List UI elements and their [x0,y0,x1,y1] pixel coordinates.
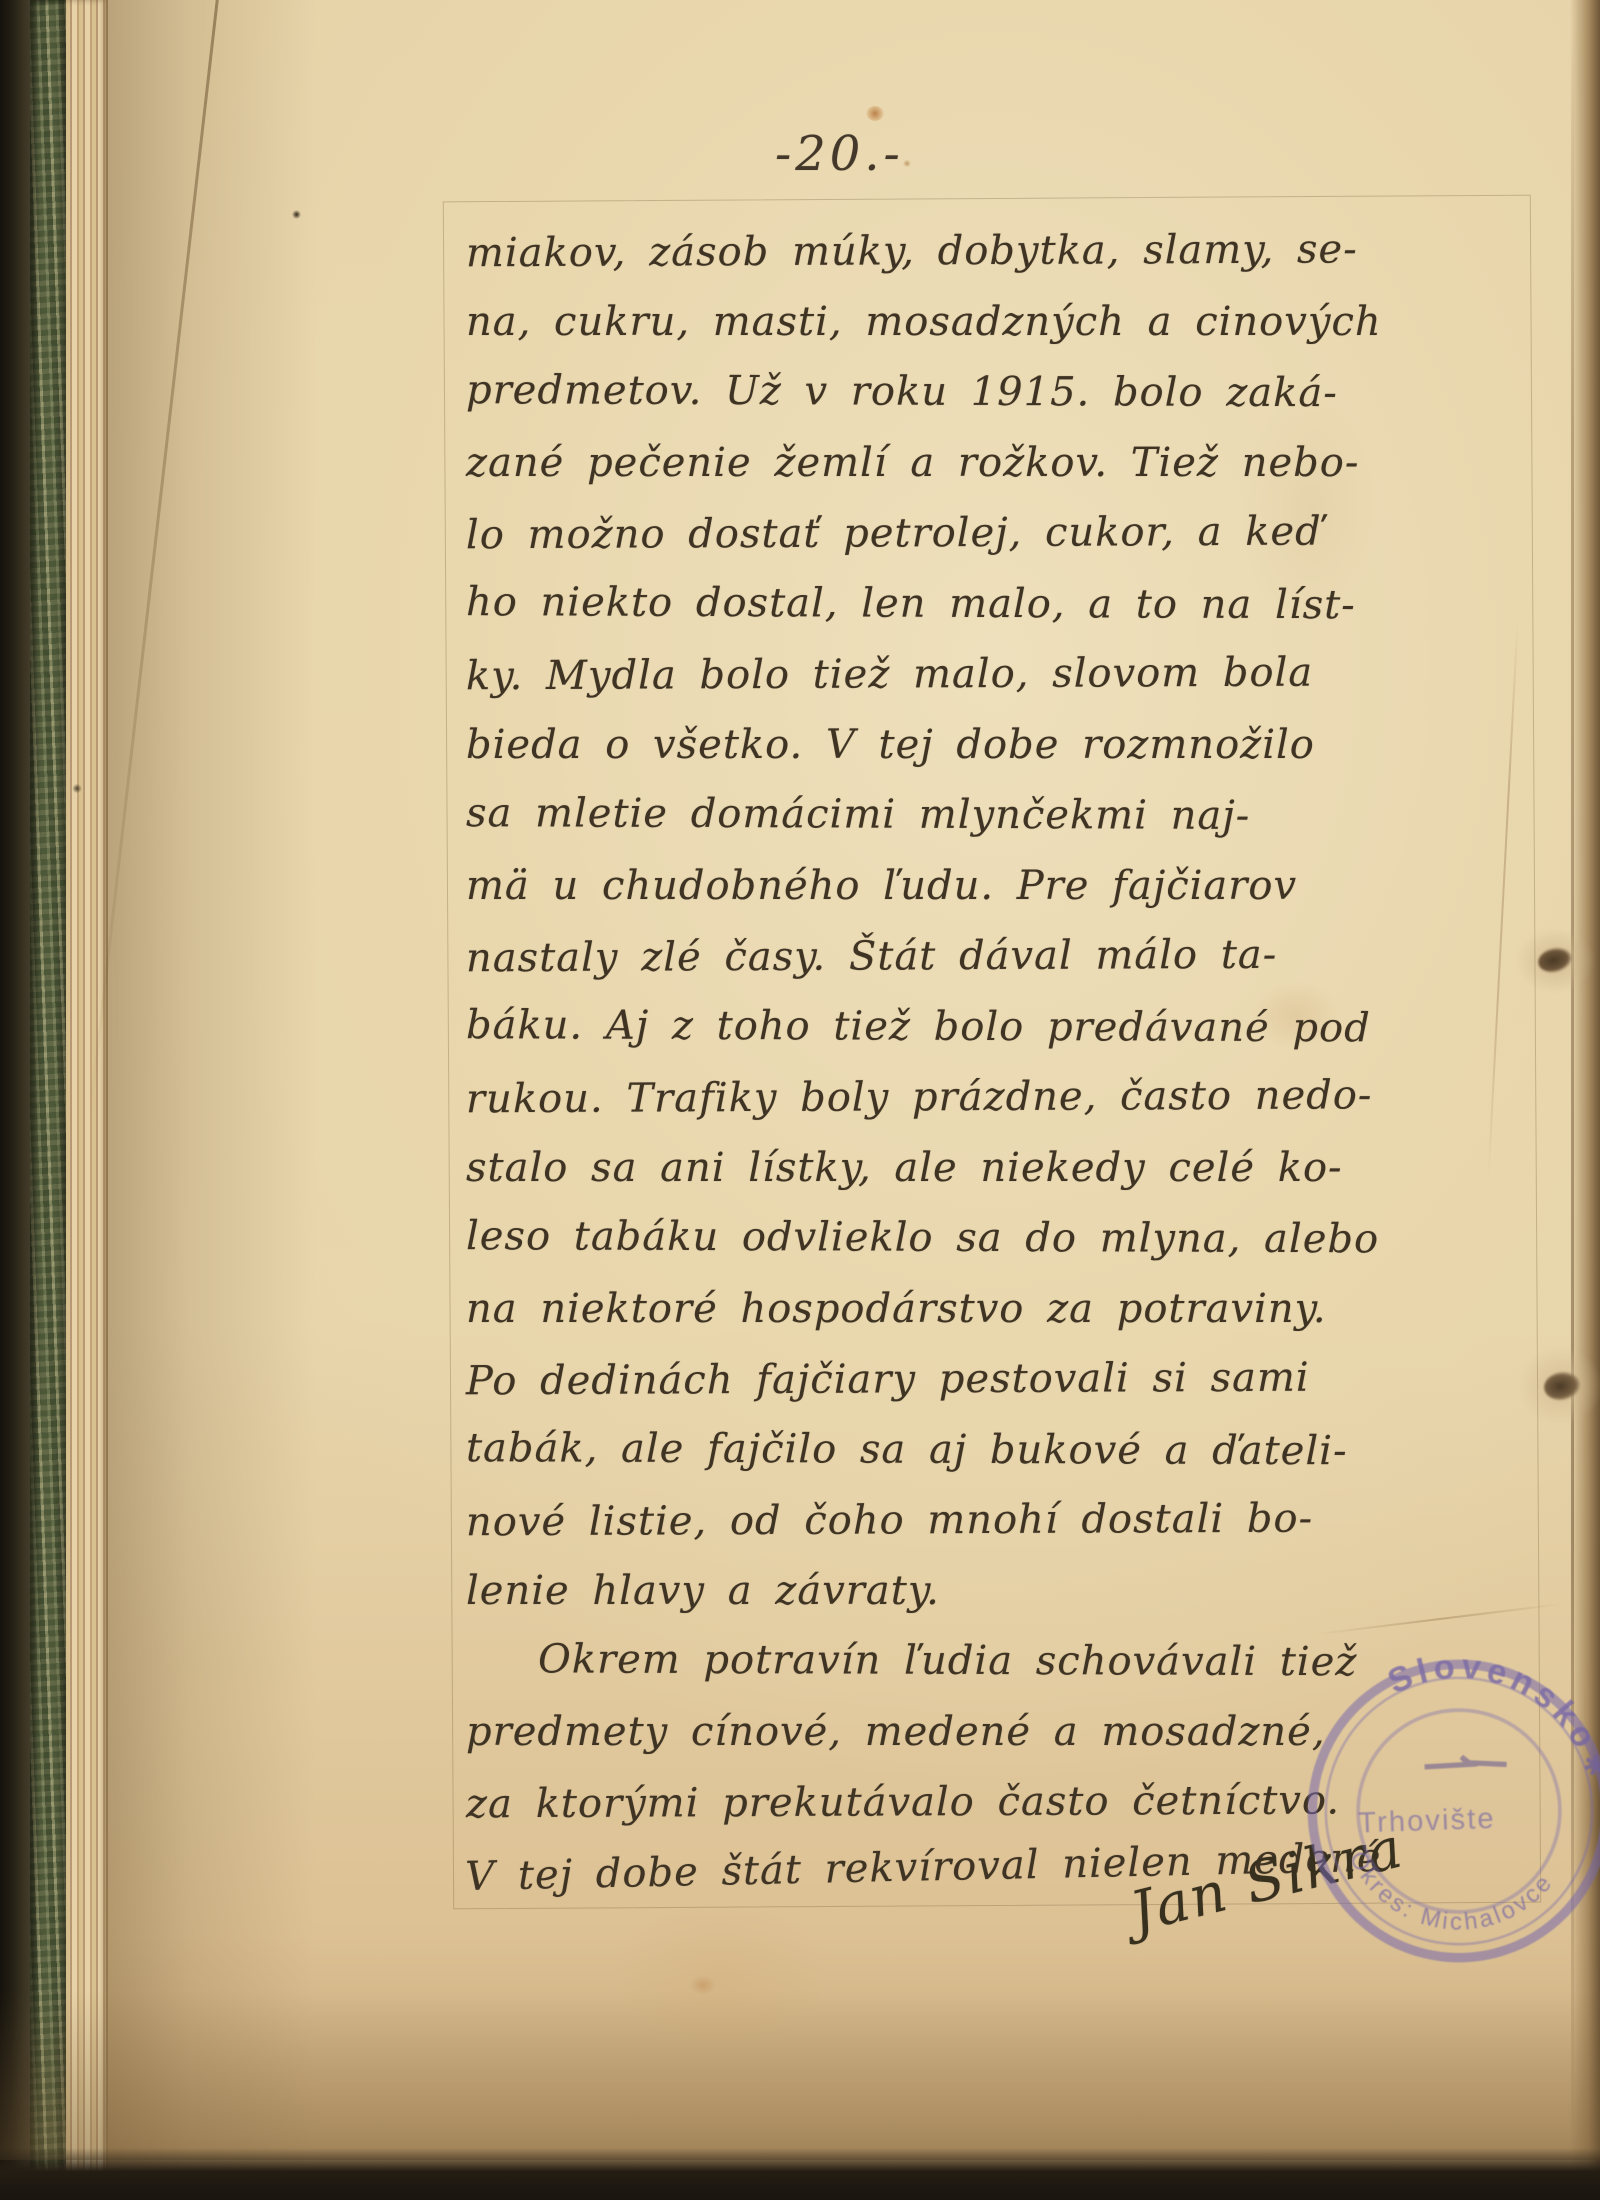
age-spot [903,160,911,167]
stamp-center-text: Trhovište [1358,1803,1496,1840]
text-line: tabák, ale fajčilo sa aj bukové a ďateli… [466,1413,1526,1487]
text-line: leso tabáku odvlieklo sa do mlyna, alebo [466,1201,1526,1275]
ink-dot [72,784,82,793]
text-line: ho niekto dostal, len malo, a to na líst… [466,567,1526,641]
text-line: na niektoré hospodárstvo za potraviny. [466,1274,1526,1345]
text-line: mä u chudobného ľudu. Pre fajčiarov [466,851,1526,922]
text-line: miakov, zásob múky, dobytka, slamy, se- [466,214,1526,289]
official-round-stamp: Slovensko ✱ Okres: Michalovce Trhovište [1285,1637,1600,1985]
text-line: báku. Aj z toho tiež bolo predávané pod [466,990,1526,1064]
text-line: lenie hlavy a závraty. [466,1556,1526,1627]
text-line: ky. Mydla bolo tiež malo, slovom bola [466,637,1526,712]
stain [690,1975,716,1995]
marbled-binding-strip [30,0,68,2200]
page-number: -20.- [775,126,904,182]
text-line: nastaly zlé časy. Štát dával málo ta- [466,919,1526,994]
text-line: na, cukru, masti, mosadzných a cinových [466,287,1526,358]
text-line: lo možno dostať petrolej, cukor, a keď [466,496,1526,571]
book-cover-edge [0,0,34,2200]
ink-dot [292,210,301,219]
age-spot [866,106,884,121]
text-line: bieda o všetko. V tej dobe rozmnožilo [466,710,1526,781]
stain [610,1900,830,2050]
text-line: rukou. Trafiky boly prázdne, často nedo- [466,1060,1526,1135]
text-line: zané pečenie žemlí a rožkov. Tiež nebo- [466,428,1526,499]
text-line: predmetov. Už v roku 1915. bolo zaká- [466,355,1526,429]
text-line: Po dedinách fajčiary pestovali si sami [466,1342,1526,1417]
stamp-center-mark [1425,1753,1507,1777]
text-line: sa mletie domácimi mlynčekmi naj- [466,778,1526,852]
book-bottom-edge [0,2148,1600,2200]
text-line: stalo sa ani lístky, ale niekedy celé ko… [466,1133,1526,1204]
text-line: nové listie, od čoho mnohí dostali bo- [466,1483,1526,1558]
page-stack-edges [66,0,108,2200]
gutter-shadow [106,0,316,2200]
